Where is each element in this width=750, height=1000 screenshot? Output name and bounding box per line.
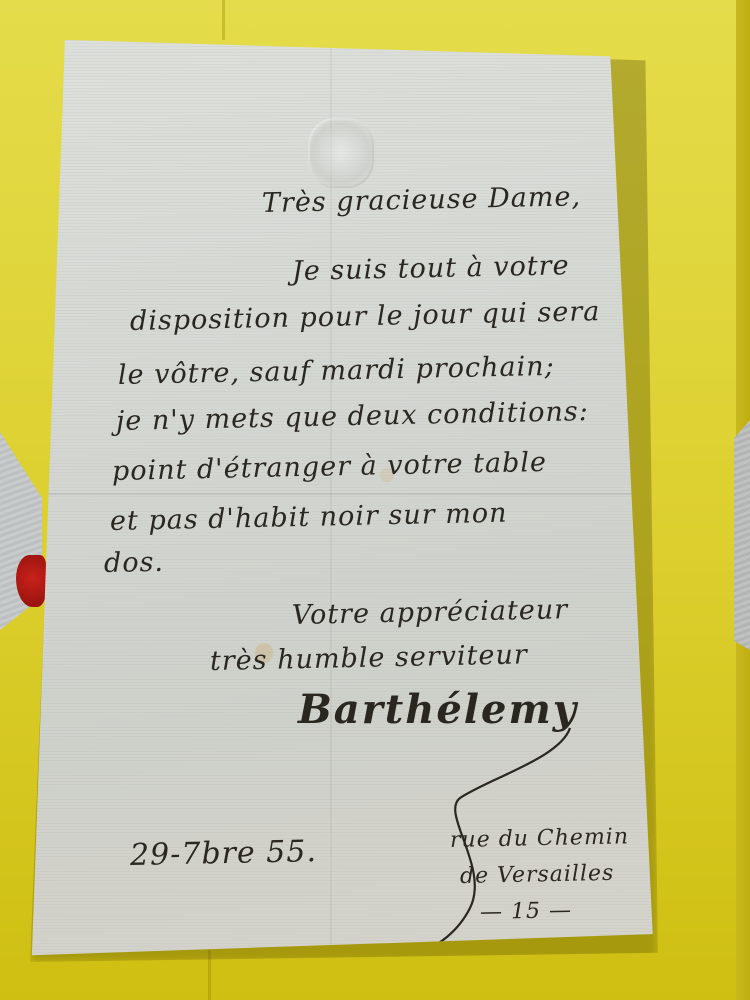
closing-line-2: très humble serviteur xyxy=(210,639,528,677)
address-line-2: de Versailles xyxy=(460,861,615,889)
address-line-1: rue du Chemin xyxy=(450,824,630,853)
body-line-6: et pas d'habit noir sur mon xyxy=(110,498,508,537)
body-line-3: le vôtre, sauf mardi prochain; xyxy=(118,351,555,391)
letter-sheet: Très gracieuse Dame, Je suis tout à votr… xyxy=(30,38,654,958)
wax-seal xyxy=(16,555,46,607)
envelope-right xyxy=(734,420,750,650)
date: 29-7bre 55. xyxy=(130,834,318,873)
body-line-4: je n'y mets que deux conditions: xyxy=(116,396,589,437)
address-line-3: — 15 — xyxy=(480,898,572,925)
body-line-2: disposition pour le jour qui sera xyxy=(130,296,601,337)
body-line-1: Je suis tout à votre xyxy=(292,250,570,287)
horizontal-crease xyxy=(30,493,654,495)
body-line-7: dos. xyxy=(104,547,165,579)
background-fold-vertical xyxy=(222,0,225,40)
embossed-crest-icon xyxy=(308,118,374,188)
closing-line-1: Votre appréciateur xyxy=(292,594,569,631)
body-line-5: point d'étranger à votre table xyxy=(112,447,548,487)
salutation: Très gracieuse Dame, xyxy=(262,181,582,219)
